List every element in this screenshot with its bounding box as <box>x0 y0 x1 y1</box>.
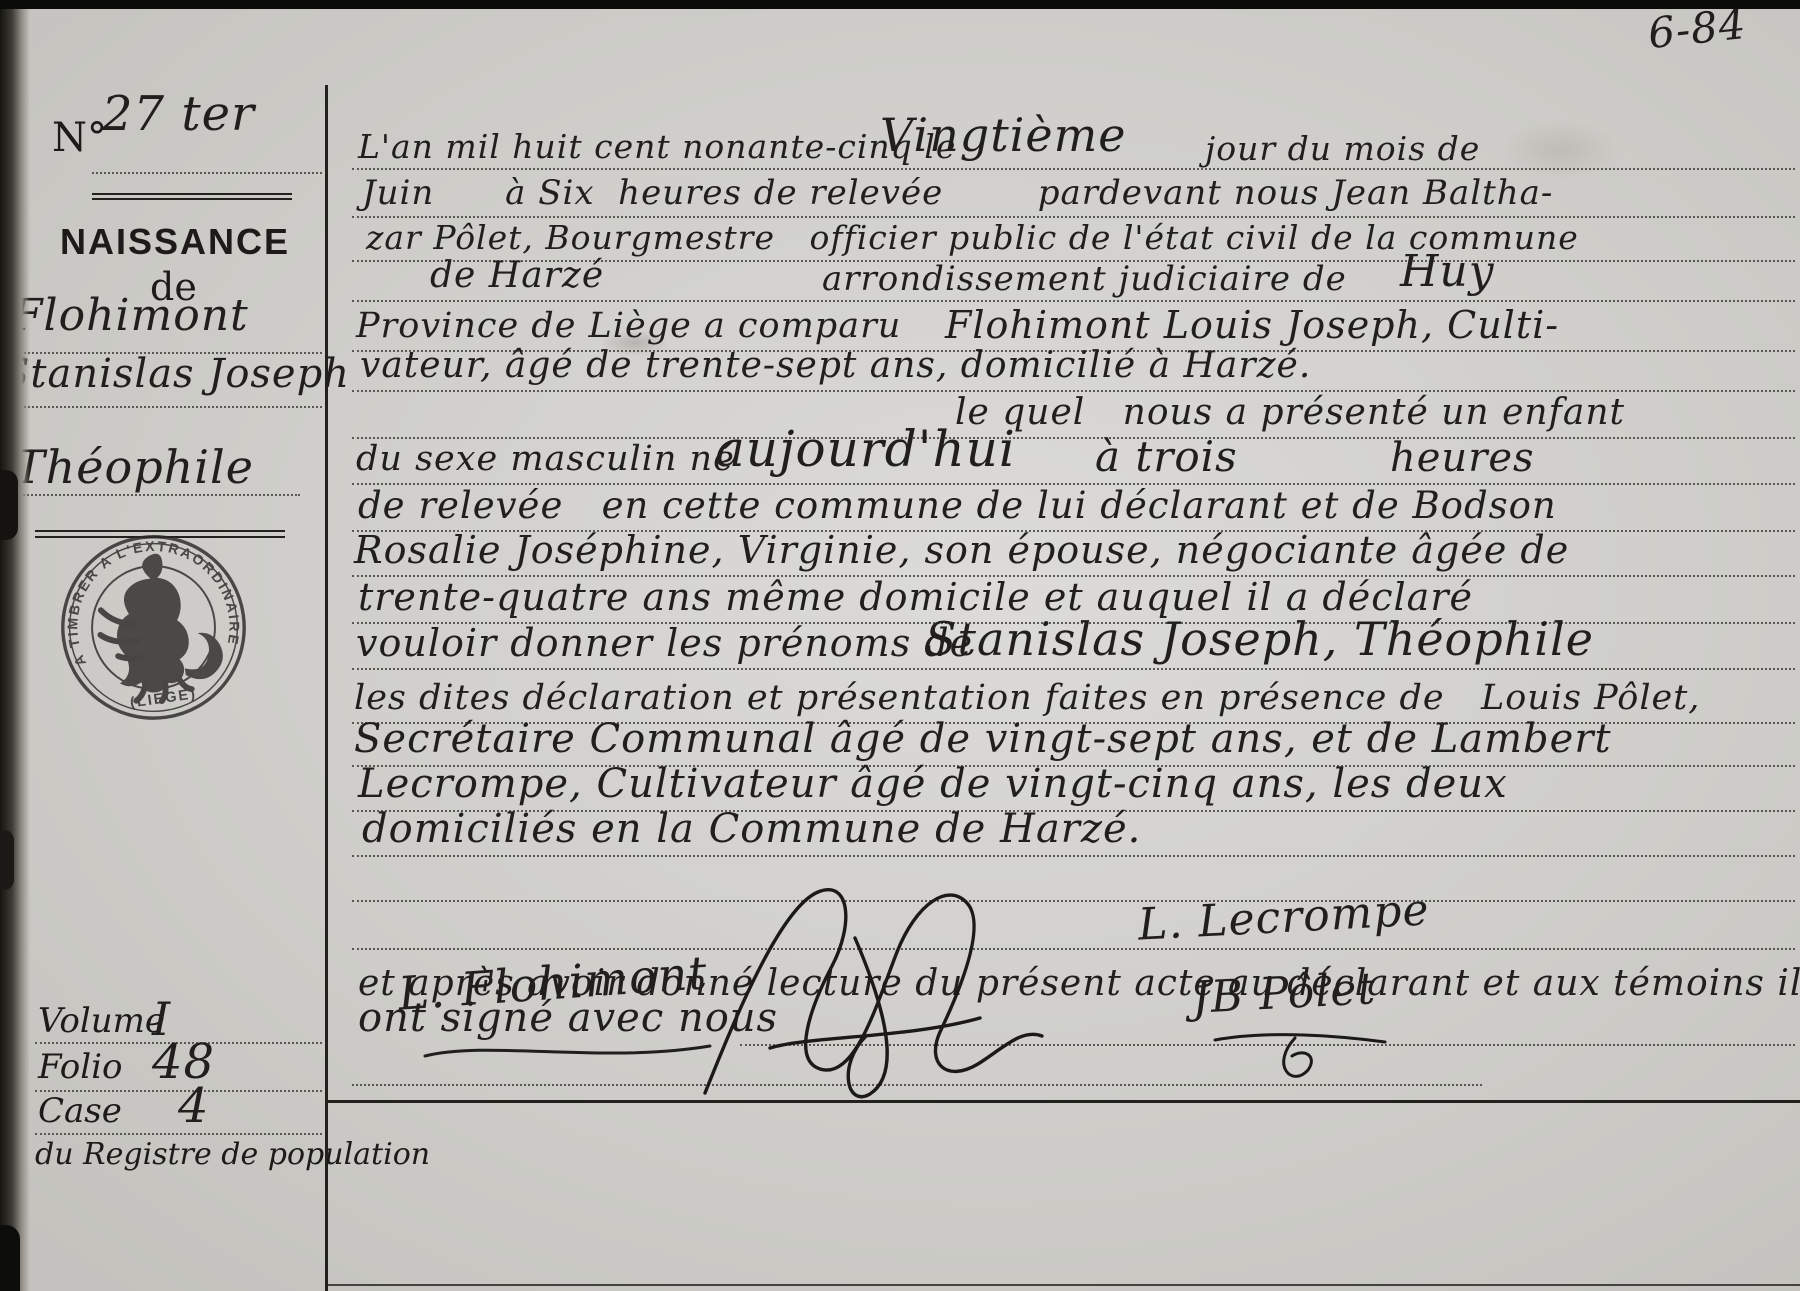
scan-edge-top <box>0 0 1800 9</box>
act-line-12-names: Stanislas Joseph, Théophile <box>925 616 1594 662</box>
scan-edge-blot <box>0 830 14 890</box>
act-line-15: Lecrompe, Cultivateur âgé de vingt-cinq … <box>358 764 1508 804</box>
act-line-5-declarant: Flohimont Louis Joseph, Culti- <box>945 306 1559 344</box>
dotted-rule <box>0 494 300 496</box>
record-type-title: NAISSANCE <box>45 224 305 260</box>
act-line-8-pre: du sexe masculin né <box>356 442 735 477</box>
register-note: du Registre de population <box>35 1140 430 1170</box>
act-line-4-mid: arrondissement judiciaire de <box>822 262 1347 296</box>
dotted-rule <box>92 172 322 174</box>
case-label: Case <box>38 1094 122 1128</box>
act-line-1-day: Vingtième <box>880 112 1126 158</box>
act-line-8-end: heures <box>1390 438 1535 478</box>
act-number-value: 27 ter <box>102 90 255 138</box>
act-number-label: N° <box>52 118 107 158</box>
act-line-4-district: Huy <box>1400 250 1495 294</box>
double-rule <box>92 198 292 200</box>
act-line-14: Secrétaire Communal âgé de vingt-sept an… <box>354 719 1612 759</box>
act-line-3: zar Pôlet, Bourgmestre officier public d… <box>366 221 1579 254</box>
act-line-7: le quel nous a présenté un enfant <box>955 395 1625 431</box>
act-line-1-pre: L'an mil huit cent nonante-cinq le <box>358 130 956 163</box>
act-line-1-post: jour du mois de <box>1205 132 1480 165</box>
scan-edge-corner <box>0 1225 20 1291</box>
double-rule <box>92 193 292 195</box>
scan-edge-left <box>0 0 30 1291</box>
act-line-13: les dites déclaration et présentation fa… <box>354 681 1700 716</box>
dotted-rule <box>352 668 1795 670</box>
witness2-signature: JB Pôlet <box>1191 967 1377 1021</box>
dotted-rule <box>352 300 1795 302</box>
act-line-12-pre: vouloir donner les prénoms de <box>356 624 973 662</box>
dotted-rule <box>0 406 322 408</box>
act-line-5-pre: Province de Liège a comparu <box>356 309 901 344</box>
paper-smudge <box>1500 120 1620 180</box>
revenue-stamp: A TIMBRER A L'EXTRAORDINAIRE (LIEGE) <box>56 528 251 723</box>
child-name-line-2: Stanislas Joseph <box>2 354 350 394</box>
volume-label: Volume <box>38 1004 165 1038</box>
act-line-4-commune: de Harzé <box>430 258 604 294</box>
witness1-signature: L. Lecrompe <box>1137 888 1430 947</box>
birth-record-scan: 6-84 N° 27 ter NAISSANCE de Flohimont St… <box>0 0 1800 1291</box>
scan-edge-blot <box>0 470 18 540</box>
dotted-rule <box>352 168 1795 170</box>
act-line-11: trente-quatre ans même domicile et auque… <box>358 578 1473 616</box>
act-line-8-today: aujourd'hui <box>715 424 1016 474</box>
case-value: 4 <box>178 1082 210 1130</box>
act-line-16: domiciliés en la Commune de Harzé. <box>362 809 1141 849</box>
act-line-6: vateur, âgé de trente-sept ans, domicili… <box>360 348 1311 384</box>
officer-signature-flourish <box>650 868 1110 1103</box>
act-line-2: Juin à Six heures de relevée pardevant n… <box>362 176 1553 210</box>
dotted-rule <box>352 855 1795 857</box>
margin-divider-line <box>325 85 328 1291</box>
act-line-8-hour: à trois <box>1095 436 1238 478</box>
folio-label: Folio <box>38 1050 122 1084</box>
act-line-9: de relevée en cette commune de lui décla… <box>358 487 1557 524</box>
act-line-10: Rosalie Joséphine, Virginie, son épouse,… <box>354 531 1569 569</box>
child-name-line-3: Théophile <box>14 444 254 490</box>
child-name-line-1: Flohimont <box>12 294 249 338</box>
witness2-signature-flourish <box>1200 1030 1400 1095</box>
next-act-line <box>325 1284 1800 1286</box>
corner-mark: 6-84 <box>1646 3 1748 55</box>
